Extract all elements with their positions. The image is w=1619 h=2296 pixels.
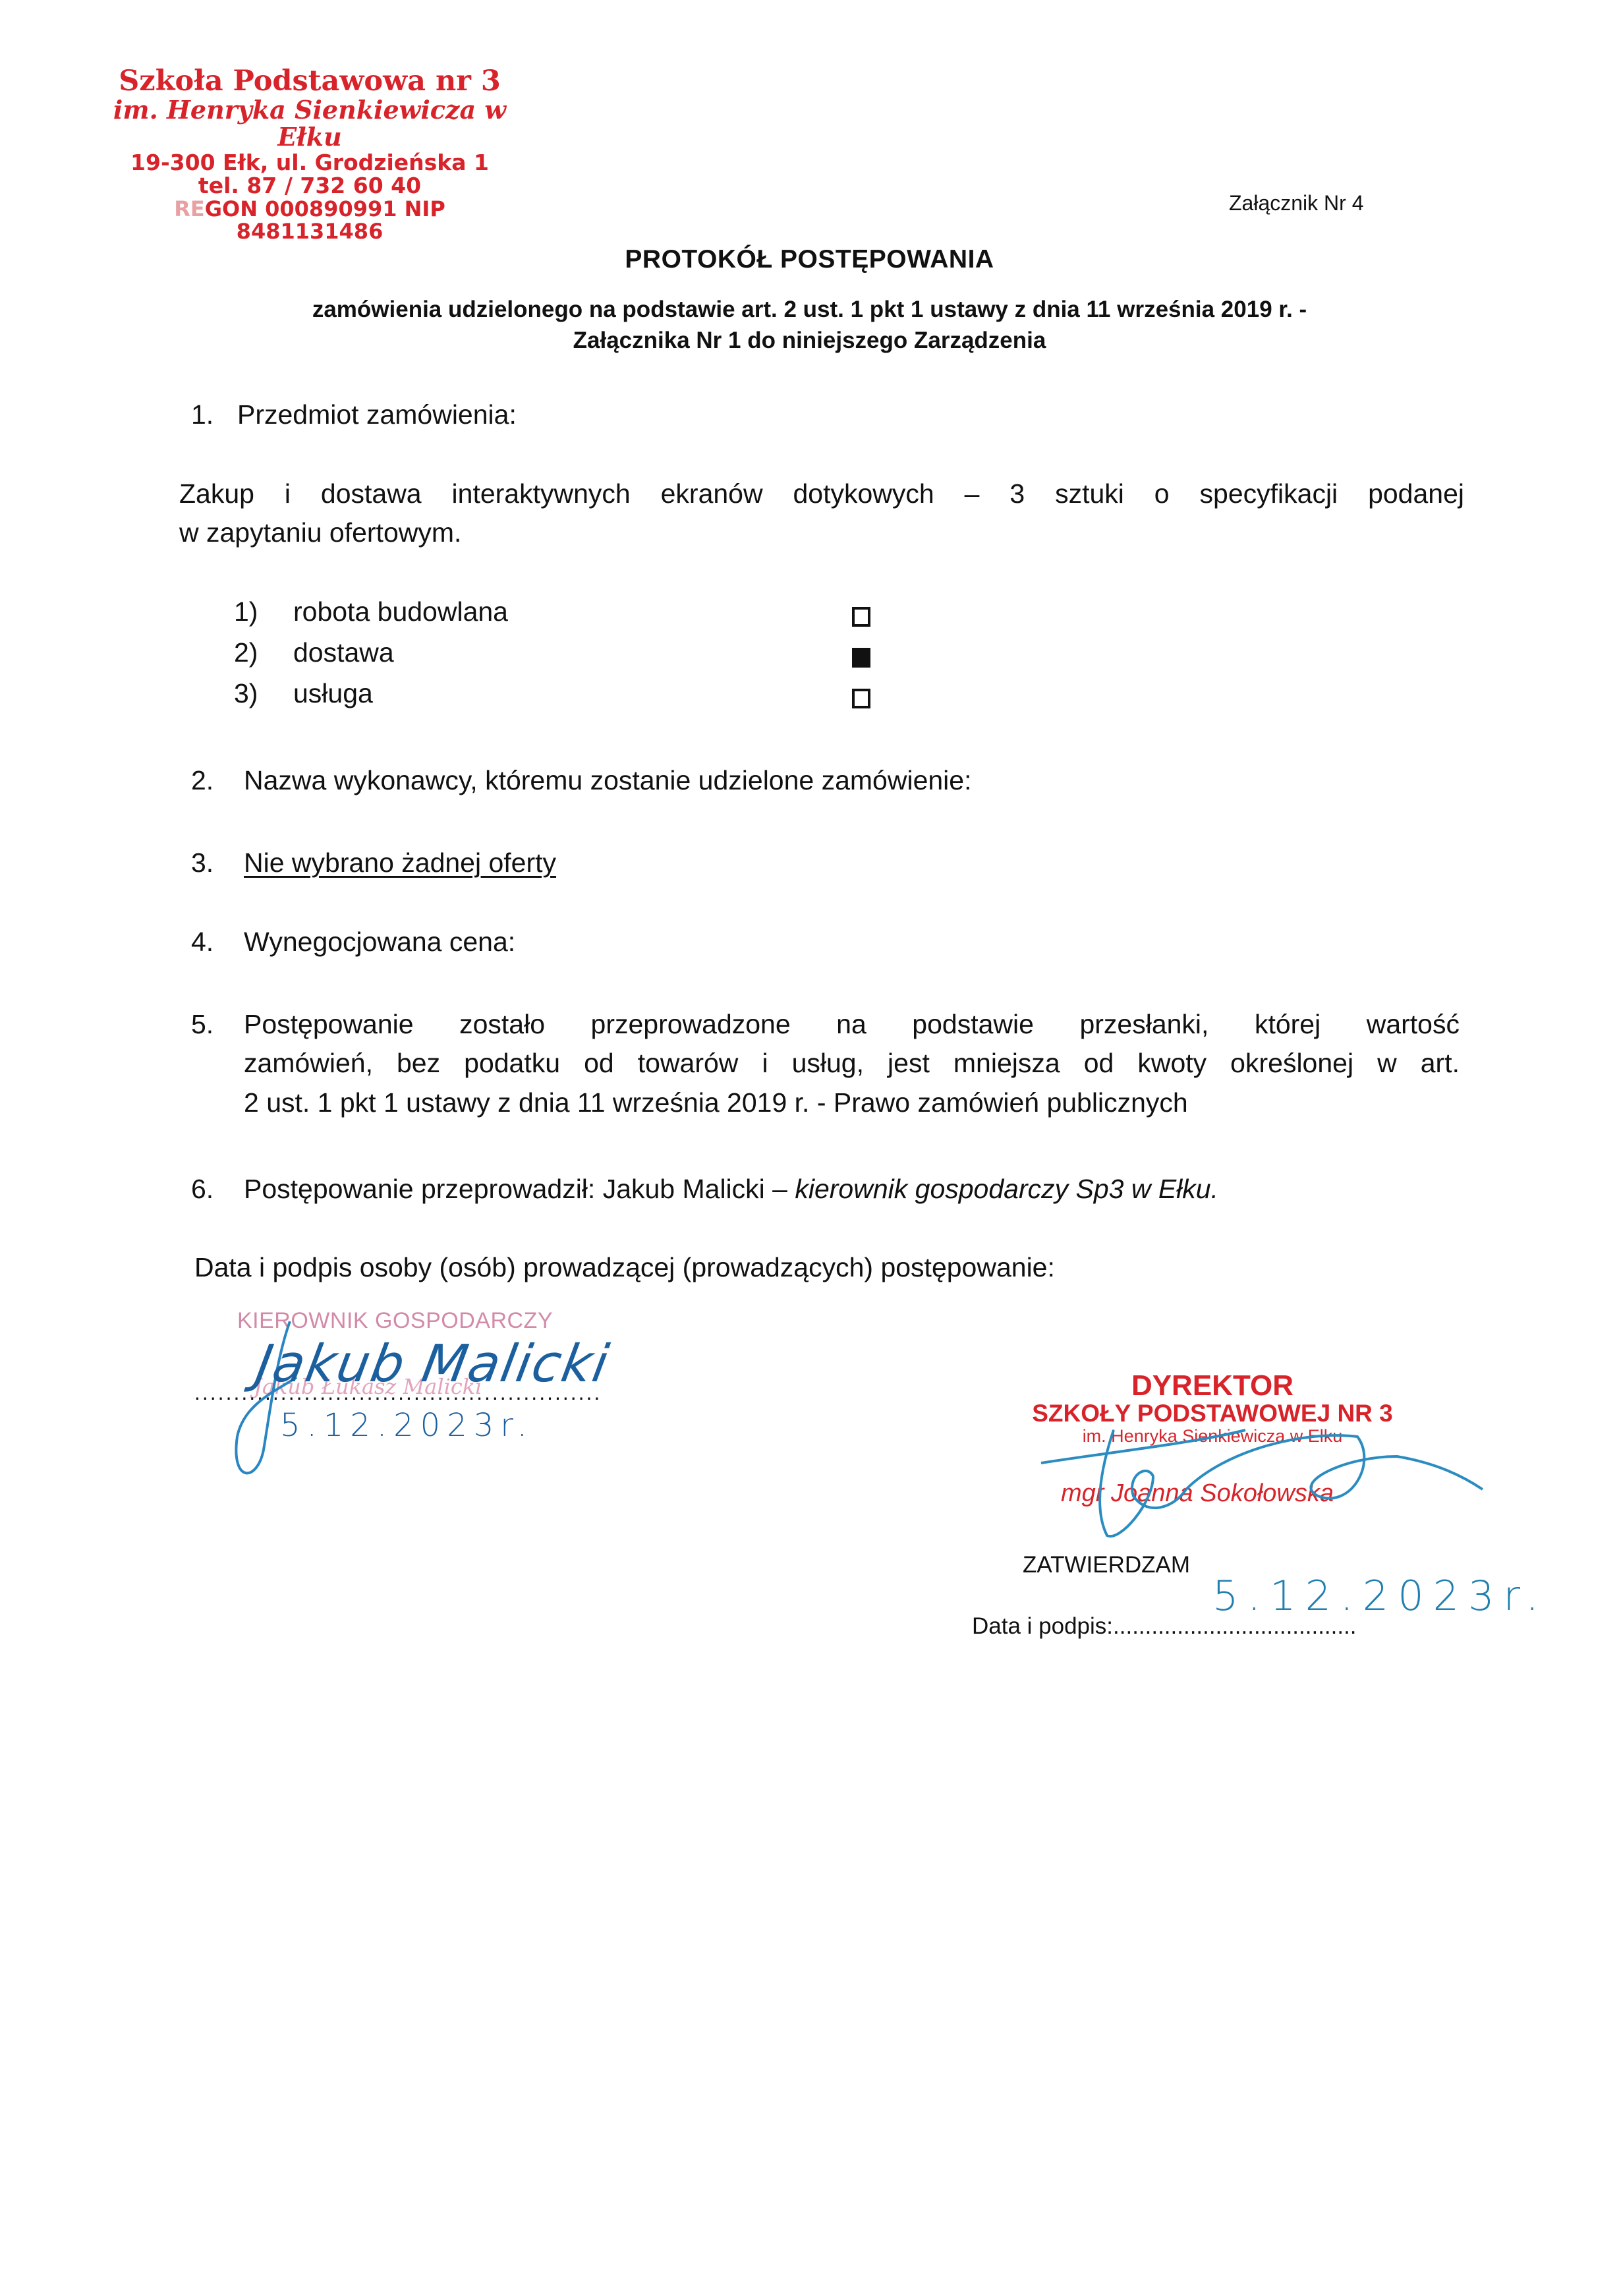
school-regon-nip: REGON 000890991 NIP 8481131486 bbox=[112, 198, 507, 243]
document-title: PROTOKÓŁ POSTĘPOWANIA bbox=[0, 245, 1619, 274]
school-address: 19-300 Ełk, ul. Grodzieńska 1 bbox=[112, 151, 507, 175]
order-type-service: 3) usługa bbox=[227, 678, 886, 719]
section-1-label: Przedmiot zamówienia: bbox=[237, 395, 517, 434]
section-4-label: Wynegocjowana cena: bbox=[244, 923, 515, 961]
order-type-list: 1) robota budowlana 2) dostawa 3) usługa bbox=[227, 596, 886, 719]
section-6-label: Postępowanie przeprowadził: Jakub Malick… bbox=[244, 1170, 1218, 1209]
school-patron: im. Henryka Sienkiewicza w Ełku bbox=[112, 96, 507, 150]
section-3-label: Nie wybrano żadnej oferty bbox=[244, 844, 556, 882]
director-signature-icon bbox=[1028, 1391, 1489, 1542]
document-subtitle: zamówienia udzielonego na podstawie art.… bbox=[132, 294, 1487, 357]
section-5: 5. Postępowanie zostało przeprowadzone n… bbox=[191, 1005, 1460, 1122]
school-name: Szkoła Podstawowa nr 3 bbox=[112, 66, 507, 96]
checkbox-unchecked bbox=[852, 607, 870, 627]
attachment-label: Załącznik Nr 4 bbox=[1229, 191, 1364, 215]
handwritten-signature: Jakub Malicki bbox=[252, 1335, 614, 1394]
school-phone: tel. 87 / 732 60 40 bbox=[112, 174, 507, 198]
checkbox-checked bbox=[852, 648, 870, 668]
school-stamp: Szkoła Podstawowa nr 3 im. Henryka Sienk… bbox=[112, 66, 507, 243]
section-5-text: Postępowanie zostało przeprowadzone na p… bbox=[244, 1005, 1460, 1122]
handwritten-date-left: 5.12.2023r. bbox=[280, 1407, 534, 1444]
order-type-delivery: 2) dostawa bbox=[227, 637, 886, 678]
order-description: Zakup i dostawa interaktywnych ekranów d… bbox=[179, 474, 1464, 553]
order-type-construction: 1) robota budowlana bbox=[227, 596, 886, 637]
checkbox-unchecked bbox=[852, 689, 870, 708]
approval-label: ZATWIERDZAM bbox=[1023, 1552, 1190, 1578]
signature-prompt: Data i podpis osoby (osób) prowadzącej (… bbox=[194, 1252, 1055, 1283]
section-2-label: Nazwa wykonawcy, któremu zostanie udziel… bbox=[244, 761, 971, 800]
handwritten-date-right: 5.12.2023r. bbox=[1212, 1572, 1548, 1620]
